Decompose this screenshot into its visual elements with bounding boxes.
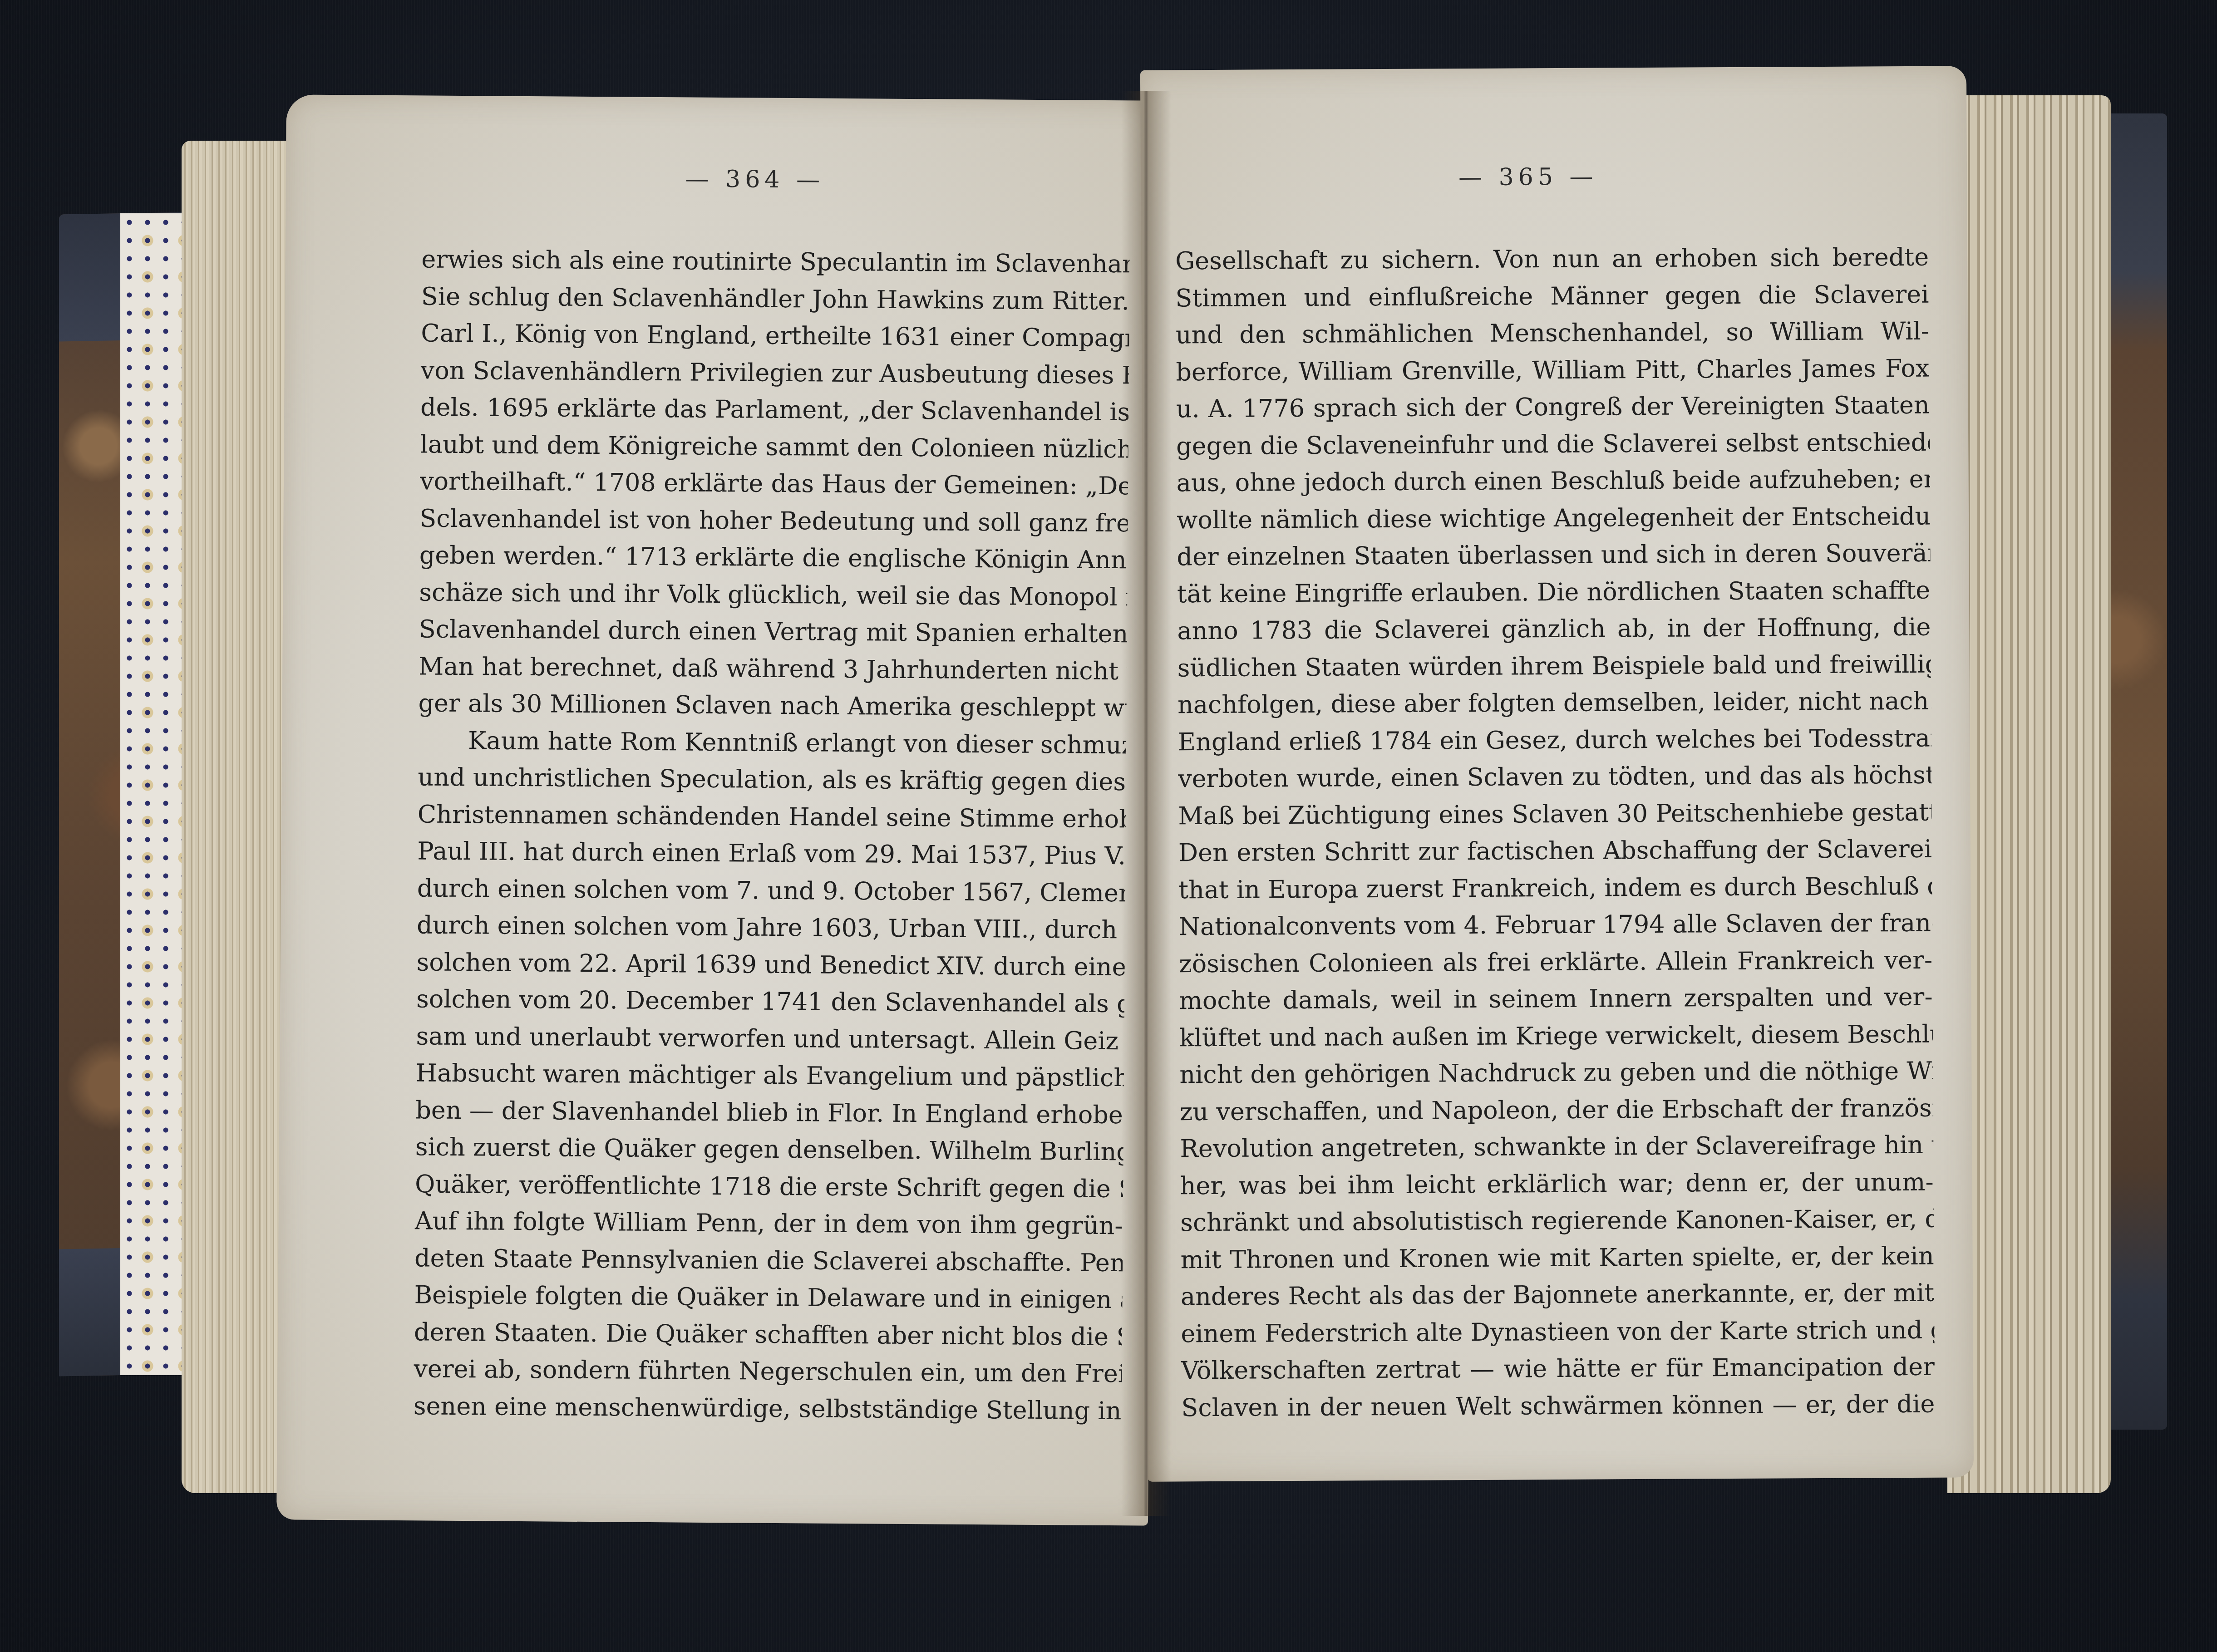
text-line: Paul III. hat durch einen Erlaß vom 29. … [417,832,1126,874]
text-line: Beispiele folgten die Quäker in Delaware… [414,1276,1123,1318]
text-line: verei ab, sondern führten Negerschulen e… [414,1350,1122,1392]
paragraph-start-line: Kaum hatte Rom Kenntniß erlangt von dies… [418,722,1127,763]
text-line: Gesellschaft zu sichern. Von nun an erho… [1175,239,1929,280]
text-line: schäze sich und ihr Volk glücklich, weil… [419,574,1128,615]
text-line: der einzelnen Staaten überlassen und sic… [1177,535,1930,575]
page-number-right: — 365 — [1458,163,1598,192]
text-line: sam und unerlaubt verworfen und untersag… [416,1018,1124,1059]
text-line: zösischen Colonieen als frei erklärte. A… [1179,941,1932,982]
text-line: Christennamen schändenden Handel seine S… [418,796,1126,837]
text-line: Sclaven in der neuen Welt schwärmen könn… [1181,1385,1935,1426]
text-line: Quäker, veröffentlichte 1718 die erste S… [415,1165,1123,1207]
text-line: schränkt und absolutistisch regierende K… [1180,1200,1934,1241]
text-line: solchen vom 20. December 1741 den Sclave… [416,980,1125,1022]
text-line: mit Thronen und Kronen wie mit Karten sp… [1180,1237,1934,1278]
text-line: ger als 30 Millionen Sclaven nach Amerik… [418,684,1127,726]
text-line: Sie schlug den Sclavenhändler John Hawki… [421,278,1130,320]
page-number-left: — 364 — [685,165,824,193]
right-page: — 365 — Gesellschaft zu sichern. Von nun… [1140,66,1974,1481]
right-page-text: Gesellschaft zu sichern. Von nun an erho… [1175,239,1935,1426]
text-line: dels. 1695 erklärte das Parlament, „der … [420,388,1129,430]
text-line: nicht den gehörigen Nachdruck zu geben u… [1179,1052,1933,1093]
text-line: Völkerschaften zertrat — wie hätte er fü… [1181,1348,1935,1389]
text-line: Nationalconvents vom 4. Februar 1794 all… [1179,905,1932,945]
text-line: Sclavenhandel durch einen Vertrag mit Sp… [419,610,1127,652]
text-line: sich zuerst die Quäker gegen denselben. … [415,1128,1124,1170]
text-line: und unchristlichen Speculation, als es k… [418,758,1126,800]
text-line: solchen vom 22. April 1639 und Benedict … [416,944,1125,985]
text-line: südlichen Staaten würden ihrem Beispiele… [1177,645,1931,686]
left-page: — 364 — erwies sich als eine routinirte … [276,94,1158,1525]
text-line: Man hat berechnet, daß während 3 Jahrhun… [419,648,1127,689]
text-line: verboten wurde, einen Sclaven zu tödten,… [1178,757,1931,797]
text-line: wollte nämlich diese wichtige Angelegenh… [1177,497,1930,538]
text-line: senen eine menschenwürdige, selbstständi… [414,1387,1122,1429]
text-line: that in Europa zuerst Frankreich, indem … [1178,867,1932,908]
text-line: Sclavenhandel ist von hoher Bedeutung un… [419,500,1128,541]
text-line: berforce, William Grenville, William Pit… [1176,349,1929,390]
text-line: geben werden.“ 1713 erklärte die englisc… [419,536,1128,578]
left-page-text: erwies sich als eine routinirte Speculan… [414,241,1130,1429]
text-line: mochte damals, weil in seinem Innern zer… [1179,978,1932,1019]
text-line: vortheilhaft.“ 1708 erklärte das Haus de… [420,462,1128,504]
text-line: u. A. 1776 sprach sich der Congreß der V… [1176,387,1930,428]
book-gutter-shadow [1121,91,1171,1516]
text-line: anno 1783 die Sclaverei gänzlich ab, in … [1177,609,1931,649]
text-line: Revolution angetreten, schwankte in der … [1180,1126,1933,1167]
text-line: ben — der Slavenhandel blieb in Flor. In… [415,1091,1124,1133]
text-line: Habsucht waren mächtiger als Evangelium … [416,1054,1124,1096]
text-line: Carl I., König von England, ertheilte 16… [421,315,1129,356]
text-line: deren Staaten. Die Quäker schafften aber… [414,1313,1123,1355]
text-line: aus, ohne jedoch durch einen Beschluß be… [1176,461,1930,501]
text-line: erwies sich als eine routinirte Speculan… [421,241,1130,282]
text-line: her, was bei ihm leicht erklärlich war; … [1180,1163,1934,1204]
text-line: von Sclavenhändlern Privilegien zur Ausb… [420,352,1129,393]
text-line: Auf ihn folgte William Penn, der in dem … [414,1202,1123,1244]
text-line: England erließ 1784 ein Gesez, durch wel… [1177,719,1931,760]
text-line: gegen die Sclaveneinfuhr und die Sclaver… [1176,423,1930,464]
text-line: klüftet und nach außen im Kriege verwick… [1179,1015,1933,1056]
text-line: durch einen solchen vom 7. und 9. Octobe… [417,870,1126,911]
text-line: Maß bei Züchtigung eines Sclaven 30 Peit… [1178,793,1931,834]
text-line: nachfolgen, diese aber folgten demselben… [1177,683,1931,723]
text-line: Stimmen und einflußreiche Männer gegen d… [1175,275,1929,316]
text-line: einem Federstrich alte Dynastieen von de… [1181,1311,1934,1352]
text-line: zu verschaffen, und Napoleon, der die Er… [1180,1089,1933,1130]
text-line: laubt und dem Königreiche sammt den Colo… [420,426,1128,467]
text-line: deten Staate Pennsylvanien die Sclaverei… [414,1239,1123,1281]
patterned-endpaper [120,213,184,1375]
text-line: durch einen solchen vom Jahre 1603, Urba… [417,906,1125,948]
text-line: anderes Recht als das der Bajonnete aner… [1181,1274,1934,1315]
text-line: tät keine Eingriffe erlauben. Die nördli… [1177,571,1931,612]
text-line: Den ersten Schritt zur factischen Abscha… [1178,831,1932,871]
text-line: und den schmählichen Menschenhandel, so … [1176,313,1929,354]
